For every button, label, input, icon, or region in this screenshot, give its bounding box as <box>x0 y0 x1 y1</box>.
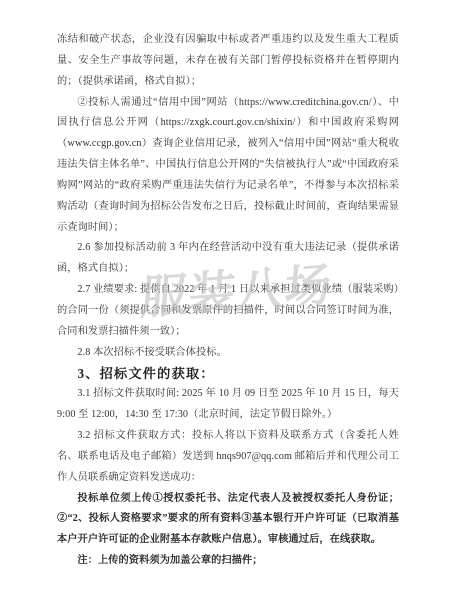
paragraph-credit-check-requirement: ②投标人需通过“信用中国”网站（https://www.creditchina.… <box>57 93 399 239</box>
paragraph-2-8-no-consortium: 2.8 本次招标不接受联合体投标。 <box>57 343 399 364</box>
paragraph-3-1-acquisition-time: 3.1 招标文件获取时间: 2025 年 10 月 09 日至 2025 年 1… <box>57 384 399 426</box>
paragraph-2-6-no-major-violation: 2.6 参加投标活动前 3 年内在经营活动中没有重大违法记录（提供承诺函，格式自… <box>57 238 399 280</box>
paragraph-3-2-acquisition-method: 3.2 招标文件获取方式：投标人将以下资料及联系方式（含委托人姓名、联系电话及电… <box>57 426 399 489</box>
paragraph-upload-requirements: 投标单位须上传①授权委托书、法定代表人及被授权委托人身份证；②“2、投标人资格要… <box>57 489 399 552</box>
paragraph-2-7-performance-requirement: 2.7 业绩要求: 提供自 2022 年 1 月 1 日以来承担过类似业绩（服装… <box>57 280 399 343</box>
body-text: 冻结和破产状态，企业没有因骗取中标或者严重违约以及发生重大工程质量、安全生产事故… <box>57 30 399 572</box>
paragraph-freeze-bankruptcy-continuation: 冻结和破产状态，企业没有因骗取中标或者严重违约以及发生重大工程质量、安全生产事故… <box>57 30 399 93</box>
document-page: 冻结和破产状态，企业没有因骗取中标或者严重违约以及发生重大工程质量、安全生产事故… <box>0 0 450 600</box>
paragraph-note-stamped-scans: 注：上传的资料须为加盖公章的扫描件； <box>57 551 399 572</box>
section-heading-document-acquisition: 3、招标文件的获取： <box>57 364 399 385</box>
